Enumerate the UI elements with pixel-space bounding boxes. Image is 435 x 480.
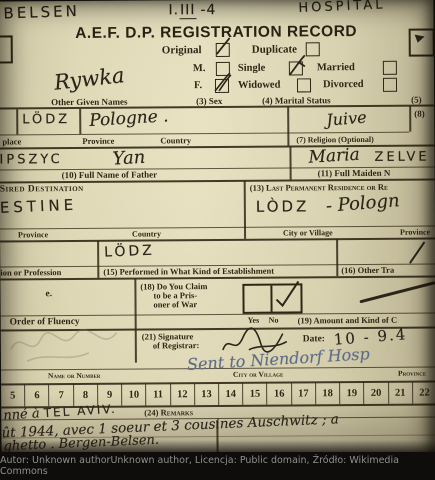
check-icon [213, 74, 233, 96]
ruler-cell: 13 [195, 383, 219, 405]
camp-name-handwritten: BELSEN [3, 2, 80, 23]
ruler-number: 17 [298, 388, 309, 399]
duplicate-label: Duplicate [252, 43, 297, 55]
sex-f-checkbox [215, 79, 229, 93]
mother-givenname-handwritten: Maria [308, 145, 360, 168]
ruler-cell: 18 [316, 382, 340, 404]
field-8-label: (8) [414, 109, 425, 119]
rule [0, 275, 435, 280]
ruler-cell: 17 [292, 382, 316, 404]
marital-status-label: (4) Marital Status [262, 95, 331, 105]
check-icon [214, 38, 232, 56]
ruler-cell: 19 [340, 382, 364, 404]
ruler-number: 7 [59, 390, 64, 401]
ruler-cell: 11 [146, 383, 170, 405]
ruler-number: 5 [10, 390, 15, 401]
ruler-cell: 22 [413, 381, 435, 403]
corner-box-a [409, 28, 435, 56]
original-label: Original [162, 44, 202, 56]
cell-line [79, 109, 81, 134]
sex-f-label: F. [194, 80, 202, 91]
residence-country-handwritten: - Pologn [325, 190, 400, 217]
name-or-number-label: Name or Number [48, 371, 100, 380]
signature-label-line2: of Registrar: [153, 340, 200, 350]
ruler-cell: 15 [243, 383, 267, 405]
yes-label: Yes [248, 316, 260, 325]
birth-province-label: Province [82, 136, 114, 146]
attribution-caption: Autor: Unknown authorUnknown author, Lic… [0, 452, 435, 480]
remarks-label: (24) Remarks [144, 407, 193, 417]
amount-kind-label: (19) Amount and Kind of C [298, 315, 398, 326]
ruler-number: 18 [322, 388, 333, 399]
photo-frame: BELSEN I.III-4 HOSPITAL A.E.F. D.P. REGI… [0, 0, 435, 480]
residence-city-handwritten: LÒDZ [256, 197, 310, 215]
ward-handwritten: HOSPITAL [298, 0, 386, 16]
cell-line [97, 241, 99, 278]
ruler-number: 16 [274, 388, 285, 399]
unit-prefix: I. [168, 2, 179, 18]
cell-line [287, 107, 289, 146]
duplicate-checkbox [306, 42, 320, 56]
ruler-number: 22 [419, 387, 430, 398]
ruler-number: 14 [225, 388, 236, 399]
single-label: Single [238, 63, 266, 74]
cell-line [409, 106, 411, 132]
occupation-city-handwritten: LÖDZ [104, 243, 155, 261]
registration-record-document: BELSEN I.III-4 HOSPITAL A.E.F. D.P. REGI… [0, 0, 435, 458]
unit-number-handwritten: I.III-4 [168, 2, 216, 18]
married-label: Married [317, 62, 355, 73]
ruler-cell: 21 [389, 382, 413, 404]
ruler-cell: 20 [364, 382, 388, 404]
check-icon [287, 56, 307, 78]
ruler-cell: 7 [50, 384, 74, 406]
religion-label: (7) Religion (Optional) [296, 135, 373, 145]
triangle-mark-icon [413, 32, 433, 52]
ruler-cell: 14 [219, 383, 243, 405]
sex-label: (3) Sex [196, 96, 222, 106]
check-icon [272, 277, 302, 311]
rule [0, 225, 435, 229]
original-checkbox [216, 43, 230, 57]
res-city-label: City or Village [283, 228, 333, 237]
pow-yes-no-boxes [242, 283, 302, 313]
remarks-dest-city: TEL AVIV. [43, 402, 117, 420]
cell-line [244, 181, 246, 239]
father-surname-handwritten: IPSZYC [0, 152, 63, 167]
given-name-handwritten: Rywka [53, 63, 126, 95]
widowed-checkbox [297, 78, 311, 92]
ruler-number: 20 [371, 387, 382, 398]
divorced-checkbox [383, 78, 397, 92]
slash-mark [409, 241, 425, 264]
establishment-label: (15) Performed in What Kind of Establish… [103, 266, 274, 277]
no-label: No [269, 316, 279, 325]
ruler-number: 8 [83, 389, 88, 400]
single-checkbox [289, 61, 303, 75]
ruler-number: 9 [107, 389, 112, 400]
corner-box-left [0, 35, 13, 63]
res-province-label: Province [400, 228, 430, 237]
desired-destination-label: Sired Destination [0, 184, 84, 195]
e-label: e. [45, 289, 52, 299]
cell-line [289, 146, 291, 179]
ruler-number: 12 [177, 389, 188, 400]
profession-label: ion or Profession [0, 267, 61, 277]
dest-country-label: Country [132, 229, 161, 238]
ruler-number: 10 [129, 389, 140, 400]
other-given-names-label: Other Given Names [51, 97, 127, 108]
ruler-number: 13 [201, 389, 212, 400]
birth-city-handwritten: LÖDZ [22, 112, 70, 127]
slash-mark [359, 281, 435, 303]
remarks-dest-pre: nné à [3, 406, 40, 423]
ruler-number: 11 [153, 389, 163, 400]
destination-handwritten: ESTINE [0, 196, 77, 217]
mother-surname-handwritten: ZELVE [374, 150, 429, 165]
numbered-ruler-row: 5 6 7 8 9 10 11 12 13 14 15 16 17 18 19 … [1, 381, 435, 406]
married-checkbox [383, 61, 397, 75]
last-residence-label: (13) Last Permanent Residence or Re [250, 182, 388, 193]
other-trades-label: (16) Other Tra [341, 265, 394, 275]
birth-country-handwritten: Pologne . [89, 106, 169, 131]
cell-line [336, 239, 338, 276]
ruler-cell: 10 [122, 384, 146, 406]
father-givenname-handwritten: Yan [112, 147, 146, 170]
father-name-label: (10) Full Name of Father [62, 169, 158, 180]
divorced-label: Divorced [323, 79, 364, 90]
ruler-number: 6 [34, 390, 39, 401]
ruler-cell: 6 [25, 384, 49, 406]
birthplace-label: place [2, 136, 21, 146]
unit-suffix: -4 [200, 2, 216, 18]
date-label: Date: [303, 334, 325, 344]
city-or-village-label: City or Village [233, 370, 283, 379]
pow-claim-line3: oner of War [153, 299, 197, 309]
unit-roman: III [179, 2, 197, 19]
ruler-cell: 16 [267, 382, 291, 404]
birth-country-label: Country [160, 135, 191, 145]
cell-line [16, 109, 18, 134]
province-label: Province [398, 369, 426, 378]
rule [0, 237, 435, 242]
field-5-label: (5) [411, 95, 422, 105]
ruler-number: 21 [395, 387, 406, 398]
ruler-cell: 12 [171, 383, 195, 405]
dest-province-label: Province [18, 230, 48, 239]
pencil-scribble [5, 323, 135, 364]
rule [0, 144, 434, 149]
ruler-number: 15 [250, 388, 261, 399]
ruler-number: 19 [347, 388, 358, 399]
religion-handwritten: Juive [326, 108, 368, 130]
widowed-label: Widowed [238, 80, 280, 91]
sex-m-label: M. [193, 63, 206, 74]
maiden-name-label: (11) Full Maiden N [318, 168, 391, 179]
ruler-cell: 5 [1, 384, 25, 406]
